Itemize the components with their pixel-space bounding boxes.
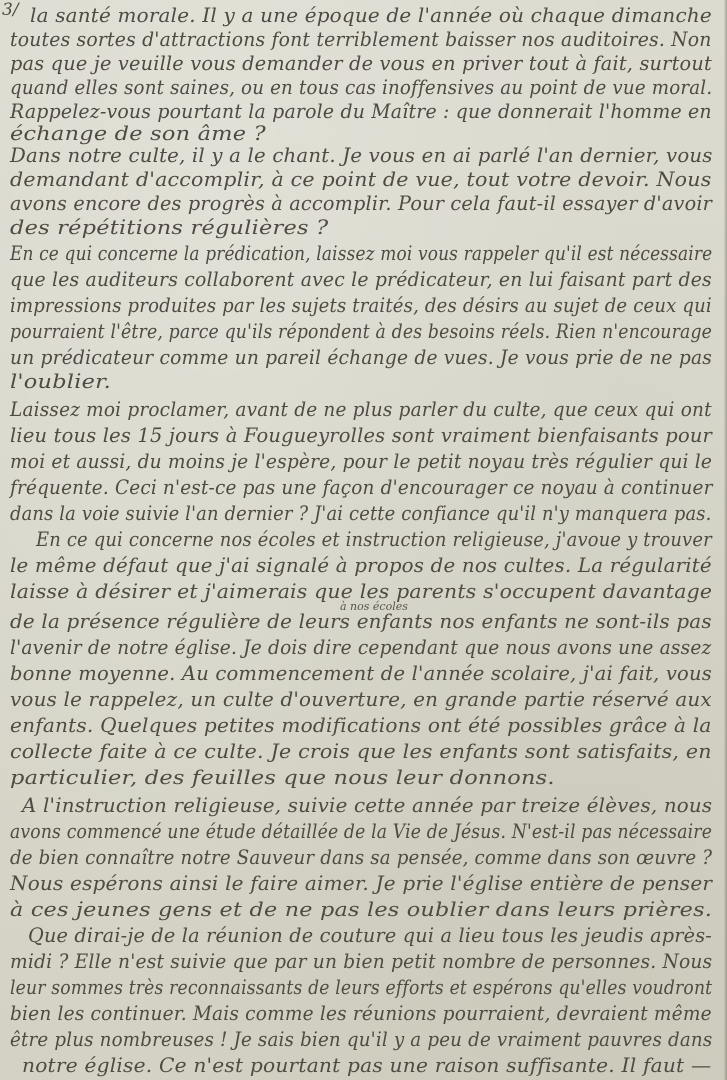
text-line: laisse à désirer et j'aimerais que les p… xyxy=(10,582,712,602)
text-line: quand elles sont saines, ou en tous cas … xyxy=(10,78,712,98)
text-line: Dans notre culte, il y a le chant. Je vo… xyxy=(10,146,713,166)
text-line: enfants. Quelques petites modifications … xyxy=(10,716,712,736)
text-line: leur sommes très reconnaissants de leurs… xyxy=(10,978,712,998)
text-line: pas que je veuille vous demander de vous… xyxy=(10,54,712,74)
text-line: moi et aussi, du moins je l'espère, pour… xyxy=(10,452,712,472)
text-line: En ce qui concerne la prédication, laiss… xyxy=(10,244,712,264)
text-line: notre église. Ce n'est pourtant pas une … xyxy=(22,1056,711,1076)
text-line: bonne moyenne. Au commencement de l'anné… xyxy=(10,664,712,684)
text-line: des répétitions régulières ? xyxy=(10,218,328,238)
text-line: dans la voie suivie l'an dernier ? J'ai … xyxy=(10,504,711,524)
text-line: avons commencé une étude détaillée de la… xyxy=(10,822,712,842)
text-line: un prédicateur comme un pareil échange d… xyxy=(10,348,712,368)
text-line: l'avenir de notre église. Je dois dire c… xyxy=(10,638,711,658)
text-line: bien les continuer. Mais comme les réuni… xyxy=(10,1004,712,1024)
text-line: Rappelez-vous pourtant la parole du Maît… xyxy=(10,102,712,122)
text-line: Nous espérons ainsi le faire aimer. Je p… xyxy=(10,874,712,894)
manuscript-page: 3/ la santé morale. Il y a une époque de… xyxy=(0,0,727,1080)
text-line: Que dirai-je de la réunion de couture qu… xyxy=(28,926,712,946)
text-line: impressions produites par les sujets tra… xyxy=(10,296,712,316)
text-line: avons encore des progrès à accomplir. Po… xyxy=(10,194,712,214)
text-line: particulier, des feuilles que nous leur … xyxy=(10,768,555,788)
text-line: vous le rappelez, un culte d'ouverture, … xyxy=(10,690,712,710)
text-line: demandant d'accomplir, à ce point de vue… xyxy=(10,170,711,190)
text-line: En ce qui concerne nos écoles et instruc… xyxy=(36,530,712,550)
text-line: que les auditeurs collaborent avec le pr… xyxy=(10,270,712,290)
margin-page-mark: 3/ xyxy=(2,0,19,20)
text-line: la santé morale. Il y a une époque de l'… xyxy=(30,6,712,26)
text-line: fréquente. Ceci n'est-ce pas une façon d… xyxy=(10,478,713,498)
text-line: lieu tous les 15 jours à Fougueyrolles s… xyxy=(10,426,712,446)
text-line: le même défaut que j'ai signalé à propos… xyxy=(10,556,712,576)
text-line: A l'instruction religieuse, suivie cette… xyxy=(22,796,712,816)
text-line: toutes sortes d'attractions font terribl… xyxy=(10,30,712,50)
text-line: à ces jeunes gens et de ne pas les oubli… xyxy=(10,900,712,920)
text-line: échange de son âme ? xyxy=(10,124,266,144)
text-line: pourraient l'être, parce qu'ils réponden… xyxy=(10,322,712,342)
text-line: collecte faite à ce culte. Je crois que … xyxy=(10,742,712,762)
text-line: midi ? Elle n'est suivie que par un bien… xyxy=(10,952,712,972)
text-line: Laissez moi proclamer, avant de ne plus … xyxy=(10,400,712,420)
text-line: être plus nombreuses ! Je sais bien qu'i… xyxy=(10,1030,712,1050)
text-line: de la présence régulière de leurs enfant… xyxy=(10,612,712,632)
text-line: l'oublier. xyxy=(10,372,111,392)
text-line: de bien connaître notre Sauveur dans sa … xyxy=(10,848,712,868)
